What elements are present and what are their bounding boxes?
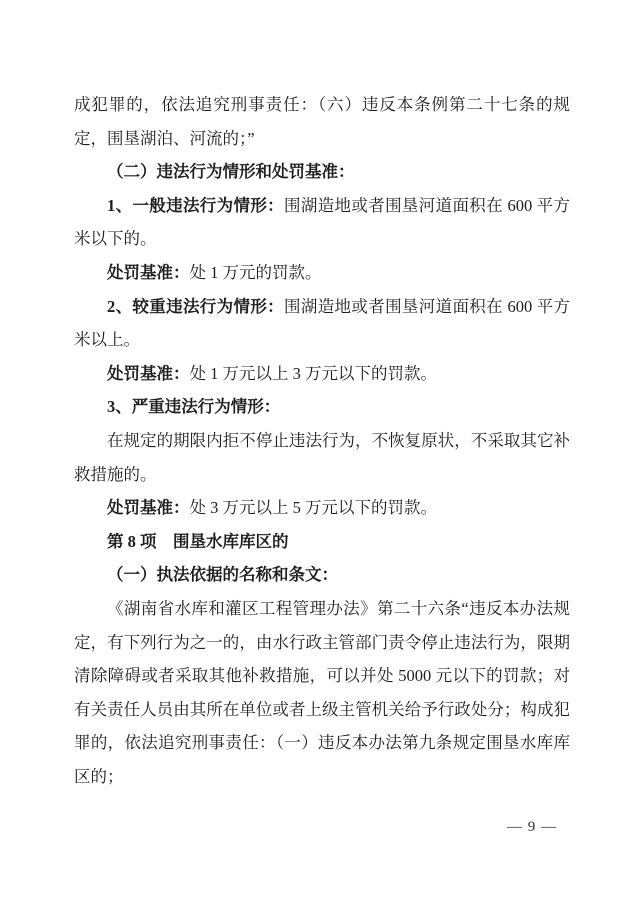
paragraph-label: 1、一般违法行为情形： [107,196,284,215]
item-heading: 第 8 项 围垦水库库区的 [74,525,570,559]
section-heading: （一）执法依据的名称和条文： [74,558,570,592]
paragraph-text: 处 1 万元以上 3 万元以下的罚款。 [190,364,438,383]
paragraph-label: 处罚基准： [107,498,190,517]
paragraph: 处罚基准：处 3 万元以上 5 万元以下的罚款。 [74,491,570,525]
paragraph: 2、较重违法行为情形：围湖造地或者围垦河道面积在 600 平方米以上。 [74,290,570,357]
page-number: — 9 — [507,819,557,836]
paragraph: 处罚基准：处 1 万元以上 3 万元以下的罚款。 [74,357,570,391]
document-body: 成犯罪的，依法追究刑事责任：（六）违反本条例第二十七条的规定，围垦湖泊、河流的；… [74,88,570,793]
paragraph: 1、一般违法行为情形：围湖造地或者围垦河道面积在 600 平方米以下的。 [74,189,570,256]
paragraph: 处罚基准：处 1 万元的罚款。 [74,256,570,290]
document-page: 成犯罪的，依法追究刑事责任：（六）违反本条例第二十七条的规定，围垦湖泊、河流的；… [0,0,635,898]
subsection-heading: 3、严重违法行为情形： [74,390,570,424]
paragraph-text: 处 3 万元以上 5 万元以下的罚款。 [190,498,438,517]
paragraph: 《湖南省水库和灌区工程管理办法》第二十六条“违反本办法规定，有下列行为之一的，由… [74,592,570,794]
paragraph-label: 2、较重违法行为情形： [107,297,284,316]
section-heading: （二）违法行为情形和处罚基准： [74,155,570,189]
paragraph-label: 处罚基准： [107,263,190,282]
paragraph-continuation: 成犯罪的，依法追究刑事责任：（六）违反本条例第二十七条的规定，围垦湖泊、河流的；… [74,88,570,155]
paragraph-label: 处罚基准： [107,364,190,383]
paragraph-text: 处 1 万元的罚款。 [190,263,322,282]
paragraph: 在规定的期限内拒不停止违法行为，不恢复原状，不采取其它补救措施的。 [74,424,570,491]
